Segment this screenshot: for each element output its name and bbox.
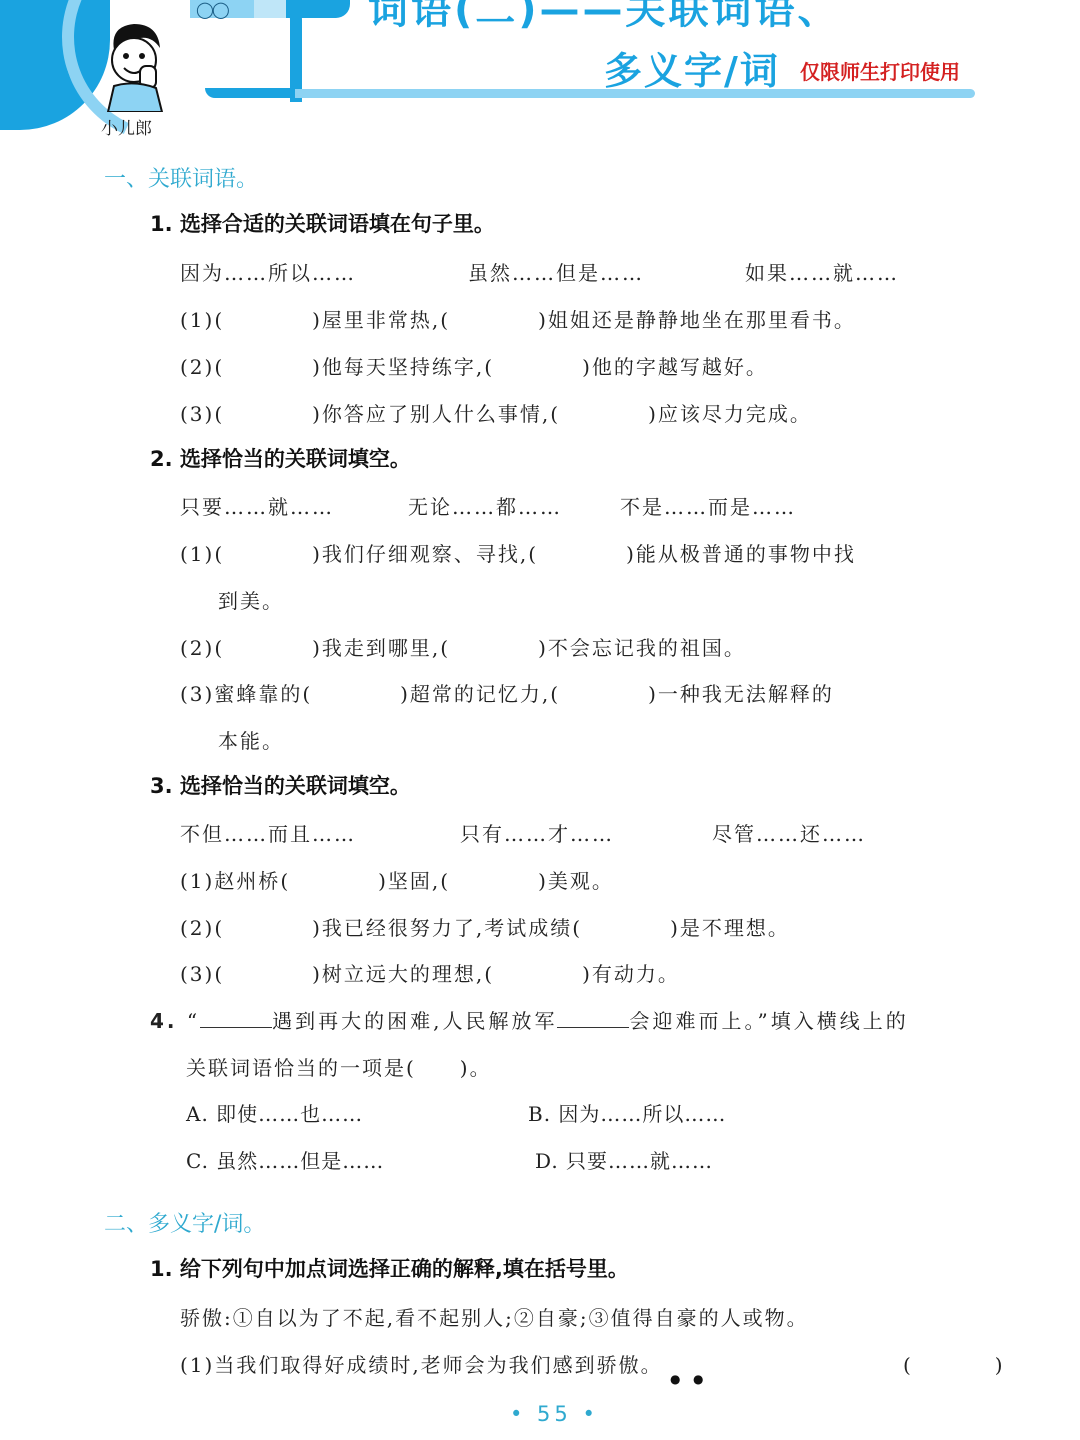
q4-choice-d: D. 只要……就…… xyxy=(535,1145,713,1174)
q1-option-2: 虽然……但是…… xyxy=(468,257,644,286)
page-title-line1: 词语(二)——关联词语、 xyxy=(368,0,841,35)
question-1-title: 1. 选择合适的关联词语填在句子里。 xyxy=(150,208,495,238)
q2-option-1: 只要……就…… xyxy=(180,491,334,520)
question-4-stem: 4. “遇到再大的困难,人民解放军会迎难而上。”填入横线上的 xyxy=(150,1005,909,1034)
q3-item-3: (3)( )树立远大的理想,( )有动力。 xyxy=(180,958,680,987)
q2-item-2: (2)( )我走到哪里,( )不会忘记我的祖国。 xyxy=(180,632,746,661)
question-3-title: 3. 选择恰当的关联词填空。 xyxy=(150,770,411,800)
q2-item-1: (1)( )我们仔细观察、寻找,( )能从极普通的事物中找 xyxy=(180,538,856,567)
q2-item-3-cont: 本能。 xyxy=(218,725,284,754)
q4-choice-c: C. 虽然……但是…… xyxy=(186,1145,384,1174)
mascot-label: 小儿郎 xyxy=(101,114,152,139)
q4-blank-1[interactable] xyxy=(200,1009,272,1028)
s2-q1-item-1: (1)当我们取得好成绩时,老师会为我们感到骄傲。 xyxy=(180,1349,663,1378)
page-number: • 55 • xyxy=(510,1402,599,1426)
q2-item-1-cont: 到美。 xyxy=(218,585,284,614)
q3-item-2: (2)( )我已经很努力了,考试成绩( )是不理想。 xyxy=(180,912,790,941)
section-title-conjunctions: 一、关联词语。 xyxy=(104,162,258,193)
q1-item-1: (1)( )屋里非常热,( )姐姐还是静静地坐在那里看书。 xyxy=(180,304,856,333)
section-title-polysemy: 二、多义字/词。 xyxy=(104,1207,265,1238)
s2-q1-answer-box[interactable]: ( ) xyxy=(903,1349,1009,1378)
q4-stem-text-2: 会迎难而上。”填入横线上的 xyxy=(629,1009,908,1033)
q4-choice-a: A. 即使……也…… xyxy=(186,1098,363,1127)
q3-option-3: 尽管……还…… xyxy=(712,818,866,847)
q3-option-2: 只有……才…… xyxy=(460,818,614,847)
q2-option-2: 无论……都…… xyxy=(408,491,562,520)
q1-item-2: (2)( )他每天坚持练字,( )他的字越写越好。 xyxy=(180,351,768,380)
q3-item-1: (1)赵州桥( )坚固,( )美观。 xyxy=(180,865,614,894)
bicycle-icon: ◯◯ xyxy=(196,0,228,19)
q4-number: 4. xyxy=(150,1009,178,1033)
emphasis-dot-1: ● xyxy=(670,1372,680,1386)
q1-item-3: (3)( )你答应了别人什么事情,( )应该尽力完成。 xyxy=(180,398,812,427)
q2-option-3: 不是……而是…… xyxy=(620,491,796,520)
section2-question-1-title: 1. 给下列句中加点词选择正确的解释,填在括号里。 xyxy=(150,1253,629,1283)
q4-open-quote: “ xyxy=(187,1009,200,1033)
q4-stem-line2: 关联词语恰当的一项是( )。 xyxy=(186,1052,492,1081)
q4-stem-text-1: 遇到再大的困难,人民解放军 xyxy=(272,1009,557,1033)
q1-option-1: 因为……所以…… xyxy=(180,257,356,286)
q4-choice-b: B. 因为……所以…… xyxy=(528,1098,726,1127)
q2-item-3: (3)蜜蜂靠的( )超常的记忆力,( )一种我无法解释的 xyxy=(180,678,834,707)
q4-blank-2[interactable] xyxy=(557,1009,629,1028)
q3-option-1: 不但……而且…… xyxy=(180,818,356,847)
page-title-line2: 多义字/词 xyxy=(604,40,780,95)
question-2-title: 2. 选择恰当的关联词填空。 xyxy=(150,443,411,473)
mascot-boy-thumbs-up-icon xyxy=(100,20,170,112)
emphasis-dot-2: ● xyxy=(693,1372,703,1386)
q1-option-3: 如果……就…… xyxy=(745,257,899,286)
watermark-text: 仅限师生打印使用 xyxy=(800,56,960,85)
definition-jiaoao: 骄傲:①自以为了不起,看不起别人;②自豪;③值得自豪的人或物。 xyxy=(180,1302,809,1331)
header-rule-dark xyxy=(205,88,300,98)
